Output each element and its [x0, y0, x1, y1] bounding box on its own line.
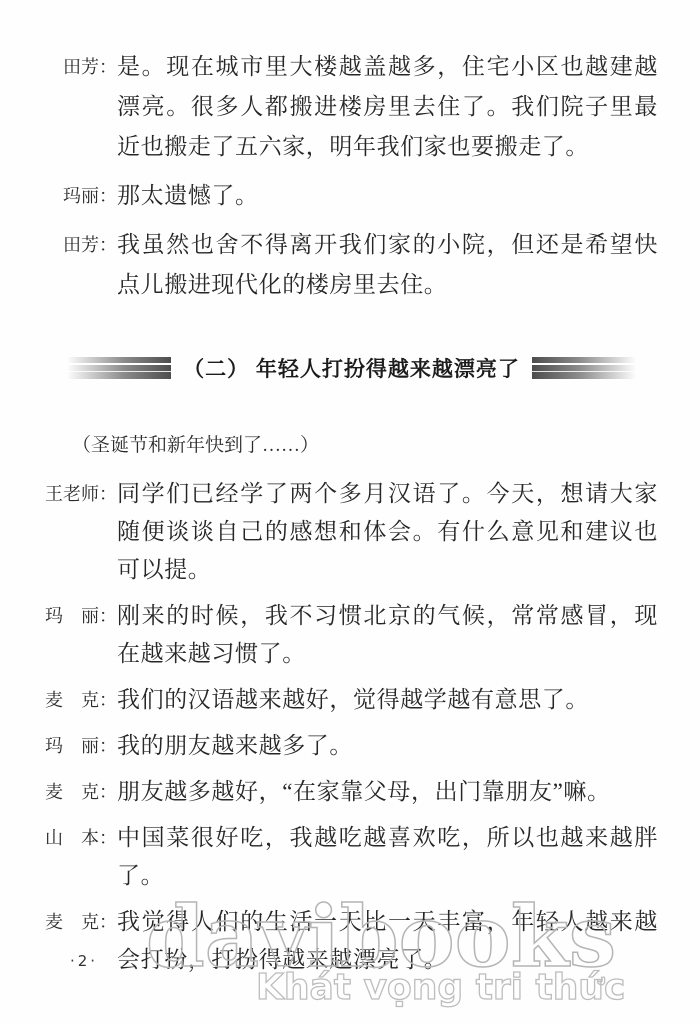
dialogue-row: 麦 克： 我们的汉语越来越好，觉得越学越有意思了。 [45, 681, 658, 719]
dialogue-row: 麦 克： 朋友越多越好，“在家靠父母，出门靠朋友”嘛。 [45, 773, 658, 811]
dialogue-row: 玛 丽： 我的朋友越来越多了。 [45, 727, 658, 765]
stage-direction: （圣诞节和新年快到了……） [45, 429, 658, 463]
dialogue-section-2: 王老师： 同学们已经学了两个多月汉语了。今天，想请大家随便谈谈自己的感想和体会。… [45, 475, 658, 979]
speaker-name: 山 本： [45, 819, 117, 857]
dialogue-text: 我虽然也舍不得离开我们家的小院，但还是希望快点儿搬进现代化的楼房里去住。 [117, 225, 658, 305]
dialogue-row: 田芳： 我虽然也舍不得离开我们家的小院，但还是希望快点儿搬进现代化的楼房里去住。 [45, 225, 658, 305]
dialogue-row: 田芳： 是。现在城市里大楼越盖越多，住宅小区也越建越漂亮。很多人都搬进楼房里去住… [45, 47, 658, 167]
section-heading: （二） 年轻人打扮得越来越漂亮了 [183, 353, 520, 383]
heading-rule-left [68, 357, 171, 379]
page-number: ·2· [70, 952, 98, 970]
dialogue-row: 山 本： 中国菜很好吃，我越吃越喜欢吃，所以也越来越胖了。 [45, 819, 658, 895]
dialogue-text: 我的朋友越来越多了。 [117, 727, 658, 765]
speaker-name: 王老师： [45, 475, 117, 513]
dialogue-row: 王老师： 同学们已经学了两个多月汉语了。今天，想请大家随便谈谈自己的感想和体会。… [45, 475, 658, 589]
speaker-name: 田芳： [45, 225, 117, 265]
heading-rule-right [532, 357, 635, 379]
dialogue-text: 那太遗憾了。 [117, 176, 658, 216]
speaker-name: 玛丽： [45, 176, 117, 216]
dialogue-text: 朋友越多越好，“在家靠父母，出门靠朋友”嘛。 [117, 773, 658, 811]
page-content: 田芳： 是。现在城市里大楼越盖越多，住宅小区也越建越漂亮。很多人都搬进楼房里去住… [45, 47, 658, 987]
dialogue-text: 是。现在城市里大楼越盖越多，住宅小区也越建越漂亮。很多人都搬进楼房里去住了。我们… [117, 47, 658, 167]
dialogue-section-1: 田芳： 是。现在城市里大楼越盖越多，住宅小区也越建越漂亮。很多人都搬进楼房里去住… [45, 47, 658, 305]
dialogue-row: 麦 克： 我觉得人们的生活一天比一天丰富，年轻人越来越会打扮，打扮得越来越漂亮了… [45, 903, 658, 979]
dialogue-row: 玛丽： 那太遗憾了。 [45, 176, 658, 216]
dialogue-text: 我们的汉语越来越好，觉得越学越有意思了。 [117, 681, 658, 719]
speaker-name: 田芳： [45, 47, 117, 87]
speaker-name: 玛 丽： [45, 727, 117, 765]
dialogue-text: 中国菜很好吃，我越吃越喜欢吃，所以也越来越胖了。 [117, 819, 658, 895]
dialogue-text: 刚来的时候，我不习惯北京的气候，常常感冒，现在越来越习惯了。 [117, 597, 658, 673]
dialogue-text: 我觉得人们的生活一天比一天丰富，年轻人越来越会打扮，打扮得越来越漂亮了。 [117, 903, 658, 979]
dialogue-text: 同学们已经学了两个多月汉语了。今天，想请大家随便谈谈自己的感想和体会。有什么意见… [117, 475, 658, 589]
textbook-page: 田芳： 是。现在城市里大楼越盖越多，住宅小区也越建越漂亮。很多人都搬进楼房里去住… [0, 0, 700, 1024]
speaker-name: 麦 克： [45, 681, 117, 719]
section-heading-row: （二） 年轻人打扮得越来越漂亮了 [45, 355, 658, 381]
speaker-name: 玛 丽： [45, 597, 117, 635]
speaker-name: 麦 克： [45, 903, 117, 941]
dialogue-row: 玛 丽： 刚来的时候，我不习惯北京的气候，常常感冒，现在越来越习惯了。 [45, 597, 658, 673]
speaker-name: 麦 克： [45, 773, 117, 811]
